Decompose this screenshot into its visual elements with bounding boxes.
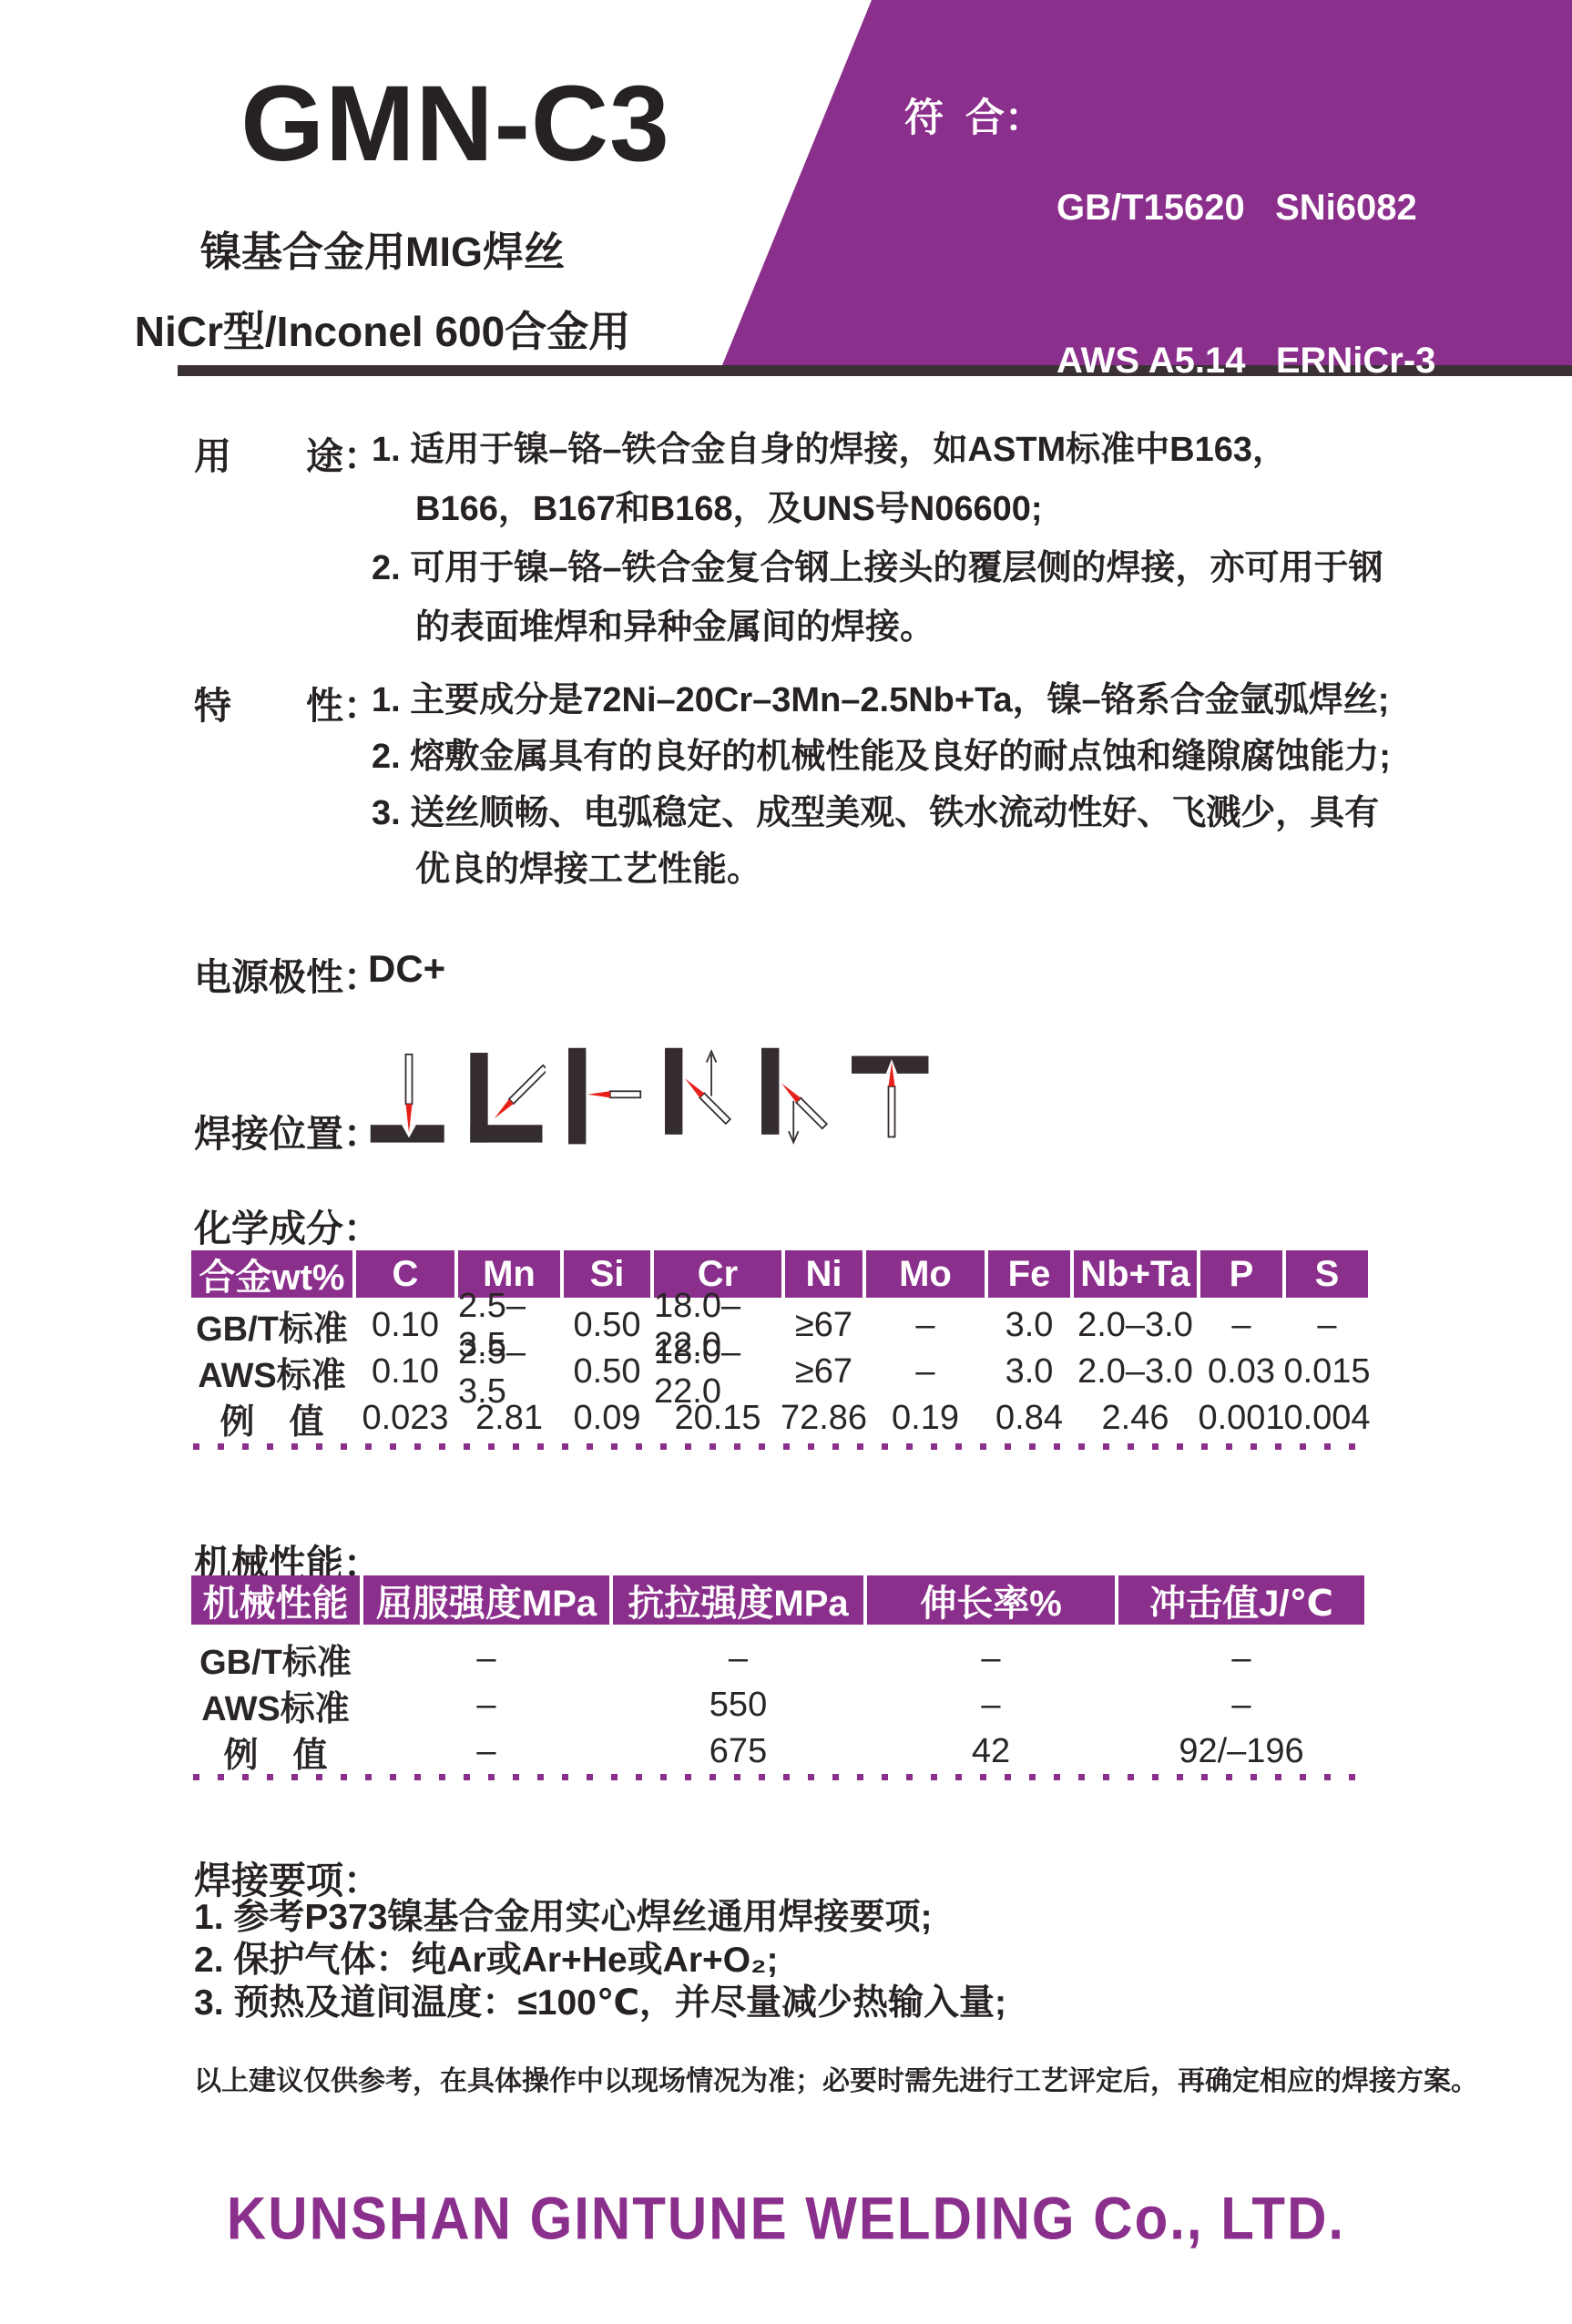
chemical-table-body: GB/T标准 0.10 2.5–3.5 0.50 18.0–22.0 ≥67 –… bbox=[191, 1302, 1368, 1442]
disclaimer-text: 以上建议仅供参考，在具体操作中以现场情况为准；必要时需先进行工艺评定后，再确定相… bbox=[194, 2058, 1478, 2098]
table-cell: 20.15 bbox=[654, 1395, 781, 1442]
product-model-title: GMN-C3 bbox=[209, 62, 701, 186]
vertical-up-position-icon bbox=[658, 1045, 739, 1147]
mechanical-header-cell: 抗拉强度MPa bbox=[613, 1575, 863, 1625]
fillet-position-icon bbox=[465, 1045, 546, 1147]
polarity-value: DC+ bbox=[368, 947, 445, 991]
chemical-header-cell: 合金wt% bbox=[191, 1250, 352, 1298]
datasheet-page: GMN-C3 镍基合金用MIG焊丝 NiCr型/Inconel 600合金用 符… bbox=[0, 0, 1572, 2324]
company-logotype: KUNSHAN GINTUNE WELDING Co., LTD. bbox=[0, 2184, 1572, 2253]
usage-item: 1. 适用于镍–铬–铁合金自身的焊接，如ASTM标准中B163，B166，B16… bbox=[372, 421, 1401, 539]
table-cell: 2.81 bbox=[458, 1395, 560, 1442]
welding-note-item: 2. 保护气体：纯Ar或Ar+He或Ar+O₂; bbox=[194, 1939, 1006, 1982]
polarity-section-label: 电源极性： bbox=[194, 947, 381, 1001]
dotted-separator bbox=[193, 1443, 1368, 1450]
mechanical-header-cell: 机械性能 bbox=[191, 1575, 360, 1625]
horizontal-position-icon bbox=[562, 1045, 642, 1147]
chemical-header-cell: C bbox=[356, 1250, 454, 1298]
features-section-label: 特 性： bbox=[194, 676, 381, 729]
table-cell: 3.0 bbox=[988, 1349, 1070, 1395]
table-cell: 3.0 bbox=[988, 1302, 1070, 1349]
table-cell: – bbox=[363, 1636, 609, 1682]
table-cell: 0.03 bbox=[1200, 1349, 1282, 1395]
table-cell: 675 bbox=[613, 1728, 863, 1775]
table-cell: ≥67 bbox=[785, 1349, 863, 1395]
usage-items: 1. 适用于镍–铬–铁合金自身的焊接，如ASTM标准中B163，B166，B16… bbox=[372, 421, 1401, 657]
mechanical-header-cell: 伸长率% bbox=[867, 1575, 1115, 1625]
table-cell: – bbox=[866, 1302, 985, 1349]
table-cell: – bbox=[363, 1682, 609, 1728]
chemical-header-cell: Nb+Ta bbox=[1074, 1250, 1197, 1298]
welding-position-icons bbox=[369, 1045, 932, 1147]
product-subtitle-alloy: NiCr型/Inconel 600合金用 bbox=[109, 299, 656, 359]
table-row: 例 值 – 675 42 92/–196 bbox=[191, 1728, 1364, 1775]
table-cell: – bbox=[613, 1636, 863, 1682]
table-cell: 0.84 bbox=[988, 1395, 1070, 1442]
table-cell: 0.001 bbox=[1200, 1395, 1282, 1442]
chemical-header-cell: Ni bbox=[785, 1250, 863, 1298]
chemical-header-cell: Mo bbox=[866, 1250, 985, 1298]
table-cell: 0.015 bbox=[1286, 1349, 1368, 1395]
usage-item: 2. 可用于镍–铬–铁合金复合钢上接头的覆层侧的焊接，亦可用于钢的表面堆焊和异种… bbox=[372, 539, 1401, 657]
product-subtitle-type: 镍基合金用MIG焊丝 bbox=[137, 219, 628, 278]
chemical-header-cell: Si bbox=[564, 1250, 650, 1298]
overhead-position-icon bbox=[852, 1045, 932, 1147]
table-cell: 0.19 bbox=[866, 1395, 985, 1442]
vertical-down-position-icon bbox=[755, 1045, 835, 1147]
table-cell: 0.09 bbox=[564, 1395, 650, 1442]
table-cell: 18.0–22.0 bbox=[654, 1349, 781, 1395]
table-cell: – bbox=[1200, 1302, 1282, 1349]
welding-note-items: 1. 参考P373镍基合金用实心焊丝通用焊接要项; 2. 保护气体：纯Ar或Ar… bbox=[194, 1896, 1006, 2024]
mechanical-header-cell: 屈服强度MPa bbox=[363, 1575, 609, 1625]
compliance-standard: GB/T15620 SNi6082 bbox=[1057, 182, 1435, 233]
table-cell: – bbox=[363, 1728, 609, 1775]
chemical-header-cell: Fe bbox=[988, 1250, 1070, 1298]
table-cell: 0.50 bbox=[564, 1349, 650, 1395]
table-cell: – bbox=[1118, 1682, 1364, 1728]
compliance-label: 符 合： bbox=[904, 87, 1044, 143]
row-label: AWS标准 bbox=[191, 1349, 352, 1395]
flat-position-icon bbox=[369, 1045, 449, 1147]
table-cell: – bbox=[866, 1349, 985, 1395]
chemical-header-cell: S bbox=[1286, 1250, 1368, 1298]
table-cell: 2.0–3.0 bbox=[1074, 1302, 1197, 1349]
table-cell: 0.10 bbox=[356, 1349, 454, 1395]
chemical-section-label: 化学成分： bbox=[194, 1198, 381, 1252]
table-row: 例 值 0.023 2.81 0.09 20.15 72.86 0.19 0.8… bbox=[191, 1395, 1368, 1442]
table-cell: – bbox=[867, 1636, 1115, 1682]
table-cell: – bbox=[1286, 1302, 1368, 1349]
table-cell: 2.46 bbox=[1074, 1395, 1197, 1442]
table-row: AWS标准 – 550 – – bbox=[191, 1682, 1364, 1728]
table-cell: – bbox=[867, 1682, 1115, 1728]
row-label: GB/T标准 bbox=[191, 1302, 352, 1349]
table-cell: 42 bbox=[867, 1728, 1115, 1775]
positions-section-label: 焊接位置： bbox=[194, 1104, 381, 1157]
table-cell: 2.0–3.0 bbox=[1074, 1349, 1197, 1395]
usage-section-label: 用 途： bbox=[194, 426, 381, 480]
table-cell: 72.86 bbox=[785, 1395, 863, 1442]
chemical-header-cell: P bbox=[1200, 1250, 1282, 1298]
row-label: 例 值 bbox=[191, 1395, 352, 1442]
feature-item: 2. 熔敷金属具有的良好的机械性能及良好的耐点蚀和缝隙腐蚀能力; bbox=[372, 729, 1401, 785]
table-cell: 550 bbox=[613, 1682, 863, 1728]
mechanical-table-body: GB/T标准 – – – – AWS标准 – 550 – – 例 值 – 675… bbox=[191, 1636, 1364, 1775]
compliance-standard: AWS A5.14 ERNiCr-3 bbox=[1057, 335, 1435, 386]
row-label: 例 值 bbox=[191, 1728, 360, 1775]
mechanical-header-cell: 冲击值J/℃ bbox=[1118, 1575, 1364, 1625]
table-cell: 92/–196 bbox=[1118, 1728, 1364, 1775]
feature-item: 3. 送丝顺畅、电弧稳定、成型美观、铁水流动性好、飞溅少，具有优良的焊接工艺性能… bbox=[372, 785, 1401, 898]
table-cell: 0.50 bbox=[564, 1302, 650, 1349]
feature-item: 1. 主要成分是72Ni–20Cr–3Mn–2.5Nb+Ta，镍–铬系合金氩弧焊… bbox=[372, 672, 1401, 729]
row-label: AWS标准 bbox=[191, 1682, 360, 1728]
welding-note-item: 1. 参考P373镍基合金用实心焊丝通用焊接要项; bbox=[194, 1896, 1006, 1939]
row-label: GB/T标准 bbox=[191, 1636, 360, 1682]
mechanical-table-header: 机械性能 屈服强度MPa 抗拉强度MPa 伸长率% 冲击值J/℃ bbox=[191, 1575, 1364, 1625]
table-row: GB/T标准 – – – – bbox=[191, 1636, 1364, 1682]
table-cell: 0.004 bbox=[1286, 1395, 1368, 1442]
welding-note-item: 3. 预热及道间温度：≤100℃，并尽量减少热输入量; bbox=[194, 1982, 1006, 2024]
table-cell: 0.023 bbox=[356, 1395, 454, 1442]
table-cell: 2.5–3.5 bbox=[458, 1349, 560, 1395]
table-cell: ≥67 bbox=[785, 1302, 863, 1349]
dotted-separator bbox=[193, 1774, 1368, 1780]
feature-items: 1. 主要成分是72Ni–20Cr–3Mn–2.5Nb+Ta，镍–铬系合金氩弧焊… bbox=[372, 672, 1401, 898]
table-cell: 0.10 bbox=[356, 1302, 454, 1349]
table-cell: – bbox=[1118, 1636, 1364, 1682]
table-row: AWS标准 0.10 2.5–3.5 0.50 18.0–22.0 ≥67 – … bbox=[191, 1349, 1368, 1395]
